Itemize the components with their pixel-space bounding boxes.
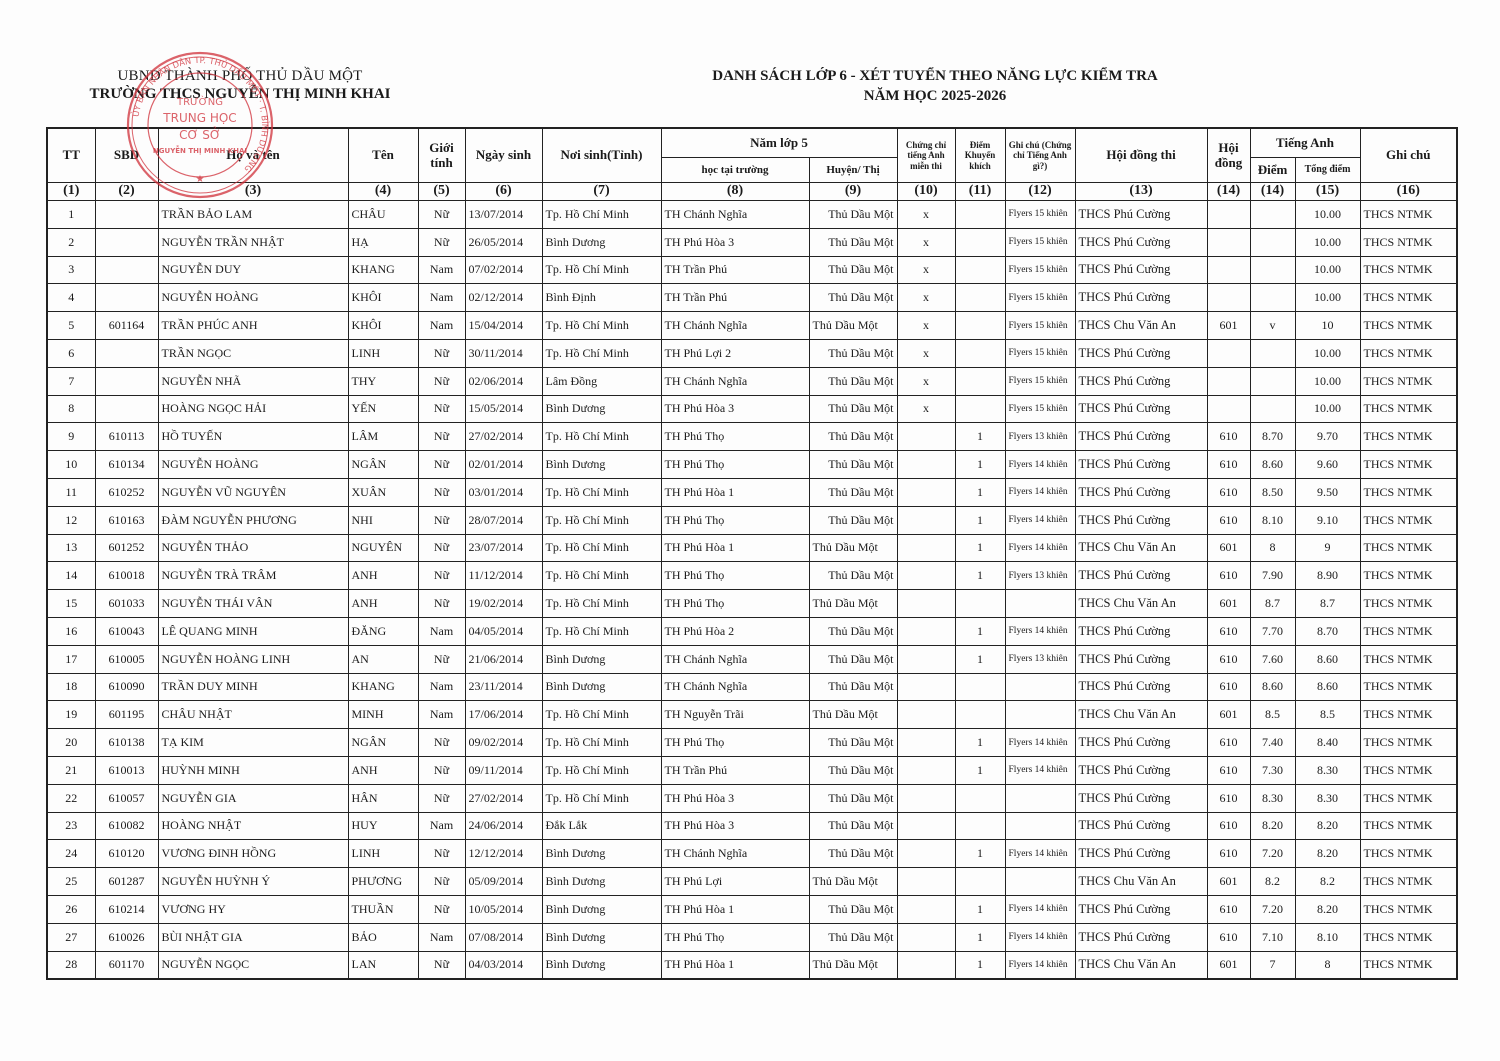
cell-given-name: XUÂN [348,478,418,506]
cell-note: THCS NTMK [1360,673,1457,701]
table-row: 28601170NGUYỄN NGỌCLANNữ04/03/2014Bình D… [47,951,1457,979]
cell-total-score: 8.60 [1295,673,1360,701]
cell-row-number: 7 [47,367,95,395]
cell-english-score: 7.10 [1250,923,1295,951]
cell-primary-school: TH Chánh Nghĩa [661,673,809,701]
cell-birth-place: Bình Dương [542,895,661,923]
cell-english-certificate: x [897,228,955,256]
table-row: 9610113HỒ TUYẾNLÂMNữ27/02/2014Tp. Hồ Chí… [47,423,1457,451]
cell-gender: Nữ [418,645,465,673]
cell-birth-place: Bình Dương [542,840,661,868]
table-row: 26610214VƯƠNG HYTHUẦNNữ10/05/2014Bình Dư… [47,895,1457,923]
cell-candidate-number: 610018 [95,562,158,590]
cell-bonus-points: 1 [955,534,1005,562]
cell-primary-school: TH Phú Hòa 1 [661,478,809,506]
cell-note: THCS NTMK [1360,423,1457,451]
cell-certificate-note: Flyers 14 khiên [1005,951,1075,979]
table-row: 11610252NGUYỄN VŨ NGUYÊNXUÂNNữ03/01/2014… [47,478,1457,506]
cell-gender: Nữ [418,395,465,423]
cell-birth-place: Bình Dương [542,228,661,256]
cell-birth-date: 17/06/2014 [465,701,542,729]
table-row: 12610163ĐÀM NGUYỄN PHƯƠNGNHINữ28/07/2014… [47,506,1457,534]
cell-bonus-points: 1 [955,951,1005,979]
cell-district: Thủ Dầu Một [809,895,897,923]
cell-district: Thủ Dầu Một [809,395,897,423]
cell-primary-school: TH Phú Hòa 3 [661,228,809,256]
cell-primary-school: TH Chánh Nghĩa [661,840,809,868]
cell-primary-school: TH Trần Phú [661,256,809,284]
cell-candidate-number: 601287 [95,868,158,896]
cell-full-name: VƯƠNG HY [158,895,348,923]
table-row: 2NGUYỄN TRẦN NHẬTHẠNữ26/05/2014Bình Dươn… [47,228,1457,256]
cell-full-name: NGUYỄN NGỌC [158,951,348,979]
col-header-score: Điểm [1250,158,1295,183]
cell-exam-council: THCS Phú Cường [1075,506,1207,534]
col-header-sbd: SBD [95,128,158,183]
cell-row-number: 4 [47,284,95,312]
cell-total-score: 8 [1295,951,1360,979]
cell-bonus-points [955,868,1005,896]
cell-candidate-number: 610026 [95,923,158,951]
cell-exam-council: THCS Phú Cường [1075,367,1207,395]
cell-note: THCS NTMK [1360,451,1457,479]
cell-given-name: ANH [348,756,418,784]
cell-total-score: 8.40 [1295,729,1360,757]
cell-birth-place: Tp. Hồ Chí Minh [542,339,661,367]
cell-exam-council: THCS Chu Văn An [1075,951,1207,979]
cell-total-score: 9.50 [1295,478,1360,506]
cell-english-certificate [897,729,955,757]
cell-full-name: NGUYỄN GIA [158,784,348,812]
cell-full-name: NGUYỄN DUY [158,256,348,284]
cell-exam-council: THCS Phú Cường [1075,228,1207,256]
cell-english-score [1250,228,1295,256]
cell-candidate-number [95,395,158,423]
cell-total-score: 8.2 [1295,868,1360,896]
cell-english-score [1250,256,1295,284]
col-header-full-name: Họ và tên [158,128,348,183]
cell-exam-council: THCS Phú Cường [1075,451,1207,479]
cell-given-name: THUẦN [348,895,418,923]
table-row: 6TRẦN NGỌCLINHNữ30/11/2014Tp. Hồ Chí Min… [47,339,1457,367]
cell-birth-place: Tp. Hồ Chí Minh [542,784,661,812]
cell-gender: Nam [418,312,465,340]
column-index: (12) [1005,183,1075,201]
cell-full-name: CHÂU NHẬT [158,701,348,729]
cell-row-number: 9 [47,423,95,451]
col-header-district: Huyện/ Thị [809,158,897,183]
cell-english-certificate: x [897,256,955,284]
cell-gender: Nữ [418,534,465,562]
cell-primary-school: TH Phú Lợi [661,868,809,896]
cell-gender: Nam [418,256,465,284]
cell-row-number: 10 [47,451,95,479]
cell-given-name: KHANG [348,256,418,284]
cell-full-name: NGUYỄN TRÀ TRÂM [158,562,348,590]
cell-english-score: 8.2 [1250,868,1295,896]
cell-certificate-note: Flyers 14 khiên [1005,895,1075,923]
column-index: (7) [542,183,661,201]
cell-certificate-note: Flyers 15 khiên [1005,312,1075,340]
cell-bonus-points: 1 [955,645,1005,673]
cell-birth-date: 30/11/2014 [465,339,542,367]
cell-birth-place: Tp. Hồ Chí Minh [542,201,661,229]
cell-full-name: NGUYỄN NHÃ [158,367,348,395]
cell-primary-school: TH Phú Thọ [661,923,809,951]
cell-english-certificate [897,590,955,618]
cell-total-score: 9.70 [1295,423,1360,451]
cell-row-number: 22 [47,784,95,812]
cell-birth-date: 07/08/2014 [465,923,542,951]
col-header-tt: TT [47,128,95,183]
table-row: 25601287NGUYỄN HUỲNH ÝPHƯƠNGNữ05/09/2014… [47,868,1457,896]
cell-exam-council: THCS Phú Cường [1075,395,1207,423]
cell-exam-council: THCS Phú Cường [1075,617,1207,645]
cell-birth-place: Bình Dương [542,868,661,896]
cell-exam-council: THCS Phú Cường [1075,562,1207,590]
cell-english-certificate [897,840,955,868]
cell-exam-council: THCS Phú Cường [1075,729,1207,757]
cell-total-score: 10.00 [1295,256,1360,284]
column-index: (9) [809,183,897,201]
cell-note: THCS NTMK [1360,256,1457,284]
cell-candidate-number: 610120 [95,840,158,868]
cell-english-certificate: x [897,339,955,367]
cell-full-name: HỒ TUYẾN [158,423,348,451]
cell-council-code: 610 [1207,840,1250,868]
cell-total-score: 10.00 [1295,201,1360,229]
cell-candidate-number: 601170 [95,951,158,979]
cell-certificate-note [1005,673,1075,701]
cell-certificate-note: Flyers 14 khiên [1005,451,1075,479]
cell-birth-date: 15/04/2014 [465,312,542,340]
cell-certificate-note [1005,812,1075,840]
cell-english-certificate [897,895,955,923]
cell-english-certificate [897,868,955,896]
cell-council-code: 601 [1207,701,1250,729]
cell-total-score: 9.60 [1295,451,1360,479]
cell-row-number: 25 [47,868,95,896]
cell-bonus-points [955,590,1005,618]
cell-english-certificate [897,534,955,562]
cell-district: Thủ Dầu Một [809,478,897,506]
cell-council-code [1207,367,1250,395]
cell-english-certificate [897,951,955,979]
cell-gender: Nữ [418,756,465,784]
cell-birth-place: Đắk Lắk [542,812,661,840]
col-header-council: Hội đồng [1207,128,1250,183]
cell-gender: Nữ [418,590,465,618]
cell-gender: Nam [418,617,465,645]
cell-district: Thủ Dầu Một [809,673,897,701]
cell-birth-place: Tp. Hồ Chí Minh [542,756,661,784]
cell-certificate-note: Flyers 15 khiên [1005,256,1075,284]
cell-district: Thủ Dầu Một [809,701,897,729]
cell-bonus-points [955,701,1005,729]
cell-total-score: 10.00 [1295,367,1360,395]
cell-district: Thủ Dầu Một [809,339,897,367]
cell-exam-council: THCS Chu Văn An [1075,534,1207,562]
cell-exam-council: THCS Phú Cường [1075,423,1207,451]
cell-birth-place: Tp. Hồ Chí Minh [542,312,661,340]
cell-bonus-points: 1 [955,478,1005,506]
cell-primary-school: TH Chánh Nghĩa [661,312,809,340]
cell-english-score: 7.60 [1250,645,1295,673]
cell-english-certificate [897,673,955,701]
cell-note: THCS NTMK [1360,284,1457,312]
cell-note: THCS NTMK [1360,312,1457,340]
cell-birth-date: 26/05/2014 [465,228,542,256]
cell-council-code: 601 [1207,590,1250,618]
cell-full-name: TRẦN DUY MINH [158,673,348,701]
cell-birth-date: 05/09/2014 [465,868,542,896]
cell-bonus-points [955,784,1005,812]
cell-candidate-number [95,284,158,312]
cell-birth-place: Tp. Hồ Chí Minh [542,506,661,534]
cell-full-name: TRẦN PHÚC ANH [158,312,348,340]
cell-english-score: 8.10 [1250,506,1295,534]
cell-note: THCS NTMK [1360,590,1457,618]
document-title: DANH SÁCH LỚP 6 - XÉT TUYỂN THEO NĂNG LỰ… [640,68,1230,105]
table-row: 13601252NGUYỄN THẢONGUYÊNNữ23/07/2014Tp.… [47,534,1457,562]
cell-given-name: NGÂN [348,729,418,757]
cell-bonus-points: 1 [955,562,1005,590]
cell-gender: Nam [418,701,465,729]
cell-candidate-number: 610163 [95,506,158,534]
cell-english-score: 7.30 [1250,756,1295,784]
cell-given-name: KHÔI [348,312,418,340]
cell-birth-date: 27/02/2014 [465,784,542,812]
cell-gender: Nữ [418,451,465,479]
cell-english-score: 8.7 [1250,590,1295,618]
cell-bonus-points: 1 [955,423,1005,451]
cell-exam-council: THCS Chu Văn An [1075,868,1207,896]
cell-district: Thủ Dầu Một [809,562,897,590]
cell-row-number: 8 [47,395,95,423]
col-header-gender: Giới tính [418,128,465,183]
cell-birth-date: 13/07/2014 [465,201,542,229]
col-header-birth-place: Nơi sinh(Tỉnh) [542,128,661,183]
cell-given-name: NHI [348,506,418,534]
cell-row-number: 16 [47,617,95,645]
cell-primary-school: TH Phú Thọ [661,451,809,479]
title-line-1: DANH SÁCH LỚP 6 - XÉT TUYỂN THEO NĂNG LỰ… [640,68,1230,85]
cell-birth-place: Bình Dương [542,923,661,951]
cell-full-name: VƯƠNG ĐINH HỒNG [158,840,348,868]
cell-row-number: 27 [47,923,95,951]
cell-district: Thủ Dầu Một [809,923,897,951]
cell-council-code [1207,284,1250,312]
cell-certificate-note [1005,590,1075,618]
cell-certificate-note: Flyers 14 khiên [1005,617,1075,645]
cell-birth-place: Tp. Hồ Chí Minh [542,701,661,729]
cell-council-code: 601 [1207,951,1250,979]
cell-given-name: BẢO [348,923,418,951]
cell-gender: Nam [418,812,465,840]
cell-given-name: NGÂN [348,451,418,479]
cell-exam-council: THCS Chu Văn An [1075,590,1207,618]
cell-birth-date: 11/12/2014 [465,562,542,590]
cell-english-certificate: x [897,201,955,229]
column-index: (6) [465,183,542,201]
cell-bonus-points [955,228,1005,256]
cell-total-score: 9 [1295,534,1360,562]
cell-given-name: MINH [348,701,418,729]
cell-candidate-number: 601252 [95,534,158,562]
cell-district: Thủ Dầu Một [809,812,897,840]
cell-given-name: YẾN [348,395,418,423]
cell-candidate-number: 610043 [95,617,158,645]
cell-english-certificate: x [897,395,955,423]
cell-total-score: 8.7 [1295,590,1360,618]
cell-full-name: LÊ QUANG MINH [158,617,348,645]
cell-exam-council: THCS Phú Cường [1075,201,1207,229]
cell-certificate-note [1005,701,1075,729]
cell-bonus-points [955,284,1005,312]
cell-exam-council: THCS Phú Cường [1075,895,1207,923]
cell-given-name: HÂN [348,784,418,812]
cell-primary-school: TH Phú Hòa 3 [661,812,809,840]
cell-birth-date: 21/06/2014 [465,645,542,673]
cell-primary-school: TH Phú Hòa 1 [661,951,809,979]
cell-english-score [1250,201,1295,229]
cell-birth-date: 28/07/2014 [465,506,542,534]
cell-gender: Nam [418,284,465,312]
cell-note: THCS NTMK [1360,534,1457,562]
cell-row-number: 26 [47,895,95,923]
cell-primary-school: TH Chánh Nghĩa [661,201,809,229]
cell-exam-council: THCS Phú Cường [1075,645,1207,673]
cell-primary-school: TH Chánh Nghĩa [661,367,809,395]
cell-given-name: CHÂU [348,201,418,229]
column-index: (3) [158,183,348,201]
cell-bonus-points: 1 [955,451,1005,479]
cell-council-code: 610 [1207,923,1250,951]
cell-certificate-note [1005,784,1075,812]
cell-gender: Nữ [418,201,465,229]
cell-council-code [1207,395,1250,423]
cell-total-score: 10 [1295,312,1360,340]
cell-total-score: 8.60 [1295,645,1360,673]
cell-birth-place: Tp. Hồ Chí Minh [542,534,661,562]
cell-council-code [1207,339,1250,367]
cell-exam-council: THCS Phú Cường [1075,756,1207,784]
cell-district: Thủ Dầu Một [809,312,897,340]
cell-candidate-number: 610214 [95,895,158,923]
cell-district: Thủ Dầu Một [809,784,897,812]
cell-candidate-number [95,228,158,256]
cell-birth-place: Tp. Hồ Chí Minh [542,256,661,284]
table-row: 27610026BÙI NHẬT GIABẢONam07/08/2014Bình… [47,923,1457,951]
cell-candidate-number [95,339,158,367]
cell-note: THCS NTMK [1360,506,1457,534]
cell-gender: Nữ [418,562,465,590]
cell-given-name: ANH [348,590,418,618]
cell-bonus-points [955,812,1005,840]
cell-certificate-note: Flyers 14 khiên [1005,478,1075,506]
cell-district: Thủ Dầu Một [809,756,897,784]
org-line-2: TRƯỜNG THCS NGUYỄN THỊ MINH KHAI [60,86,420,103]
cell-primary-school: TH Chánh Nghĩa [661,645,809,673]
cell-primary-school: TH Phú Hòa 1 [661,534,809,562]
cell-council-code: 610 [1207,478,1250,506]
cell-candidate-number: 610082 [95,812,158,840]
col-header-school: học tại trường [661,158,809,183]
cell-english-score [1250,284,1295,312]
cell-gender: Nữ [418,895,465,923]
cell-note: THCS NTMK [1360,617,1457,645]
cell-english-score: 8.60 [1250,673,1295,701]
table-row: 7NGUYỄN NHÃTHYNữ02/06/2014Lâm ĐồngTH Chá… [47,367,1457,395]
cell-row-number: 14 [47,562,95,590]
cell-birth-place: Lâm Đồng [542,367,661,395]
cell-bonus-points [955,312,1005,340]
cell-row-number: 21 [47,756,95,784]
issuing-organization: UBND THÀNH PHỐ THỦ DẦU MỘT TRƯỜNG THCS N… [60,68,420,103]
cell-total-score: 8.30 [1295,756,1360,784]
cell-english-score [1250,395,1295,423]
cell-birth-date: 04/03/2014 [465,951,542,979]
cell-row-number: 28 [47,951,95,979]
cell-certificate-note: Flyers 15 khiên [1005,367,1075,395]
cell-birth-date: 24/06/2014 [465,812,542,840]
cell-note: THCS NTMK [1360,756,1457,784]
table-row: 1TRẦN BẢO LAMCHÂUNữ13/07/2014Tp. Hồ Chí … [47,201,1457,229]
col-header-total-score: Tổng điểm [1295,158,1360,183]
cell-full-name: HOÀNG NHẬT [158,812,348,840]
cell-birth-date: 07/02/2014 [465,256,542,284]
cell-birth-date: 27/02/2014 [465,423,542,451]
cell-gender: Nam [418,673,465,701]
cell-total-score: 10.00 [1295,339,1360,367]
table-row: 14610018NGUYỄN TRÀ TRÂMANHNữ11/12/2014Tp… [47,562,1457,590]
cell-gender: Nữ [418,339,465,367]
cell-english-score: v [1250,312,1295,340]
column-index-row: (1)(2)(3)(4)(5)(6)(7)(8)(9)(10)(11)(12)(… [47,183,1457,201]
cell-bonus-points: 1 [955,895,1005,923]
cell-bonus-points [955,367,1005,395]
cell-english-score: 8.60 [1250,451,1295,479]
table-row: 10610134NGUYỄN HOÀNGNGÂNNữ02/01/2014Bình… [47,451,1457,479]
cell-gender: Nữ [418,423,465,451]
cell-full-name: TẠ KIM [158,729,348,757]
cell-note: THCS NTMK [1360,228,1457,256]
cell-birth-date: 10/05/2014 [465,895,542,923]
cell-birth-place: Tp. Hồ Chí Minh [542,617,661,645]
cell-full-name: TRẦN BẢO LAM [158,201,348,229]
title-line-2: NĂM HỌC 2025-2026 [640,88,1230,105]
cell-council-code: 610 [1207,562,1250,590]
cell-candidate-number: 610013 [95,756,158,784]
cell-exam-council: THCS Phú Cường [1075,673,1207,701]
cell-council-code: 601 [1207,312,1250,340]
cell-district: Thủ Dầu Một [809,868,897,896]
cell-row-number: 20 [47,729,95,757]
cell-row-number: 17 [47,645,95,673]
cell-english-certificate [897,756,955,784]
cell-primary-school: TH Phú Lợi 2 [661,339,809,367]
cell-english-score: 7.40 [1250,729,1295,757]
cell-english-score: 7.20 [1250,895,1295,923]
cell-total-score: 8.20 [1295,812,1360,840]
cell-certificate-note: Flyers 14 khiên [1005,756,1075,784]
cell-candidate-number: 601195 [95,701,158,729]
table-row: 23610082HOÀNG NHẬTHUYNam24/06/2014Đắk Lắ… [47,812,1457,840]
cell-certificate-note: Flyers 13 khiên [1005,423,1075,451]
cell-exam-council: THCS Phú Cường [1075,339,1207,367]
cell-full-name: NGUYỄN HOÀNG [158,451,348,479]
cell-note: THCS NTMK [1360,729,1457,757]
